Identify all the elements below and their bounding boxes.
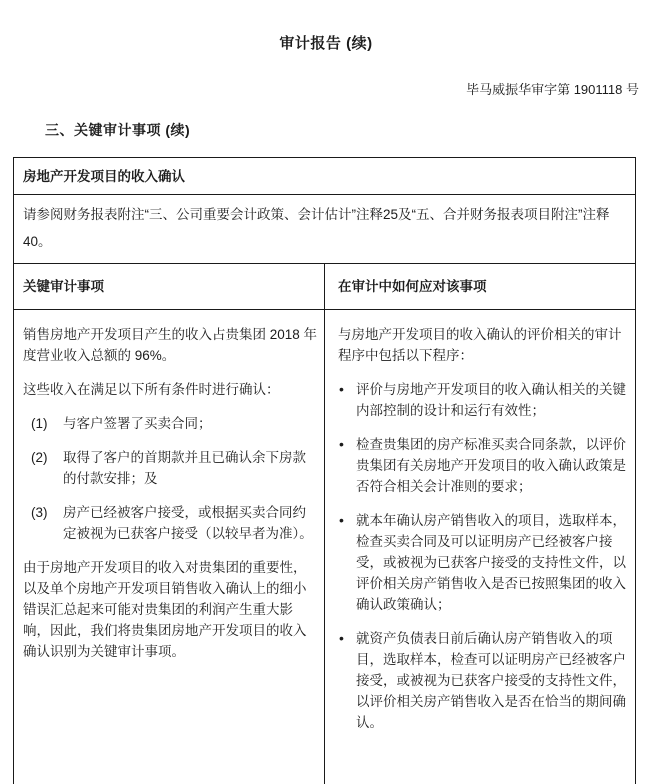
condition-number: (1) [31, 413, 48, 434]
page-title: 审计报告 (续) [0, 0, 652, 53]
column-header-audit-response: 在审计中如何应对该事项 [325, 264, 636, 310]
table-row-column-headers: 关键审计事项 在审计中如何应对该事项 [14, 264, 636, 310]
paragraph-conclusion: 由于房地产开发项目的收入对贵集团的重要性，以及单个房地产开发项目销售收入确认上的… [23, 557, 318, 662]
condition-item: (3) 房产已经被客户接受，或根据买卖合同约定被视为已获客户接受（以较早者为准）… [31, 502, 318, 544]
condition-item: (2) 取得了客户的首期款并且已确认余下房款的付款安排；及 [31, 447, 318, 489]
matter-title: 房地产开发项目的收入确认 [14, 158, 636, 195]
key-audit-matter-cell: 销售房地产开发项目产生的收入占贵集团 2018 年度营业收入总额的 96%。 这… [14, 310, 325, 784]
bullet-icon: • [339, 434, 344, 455]
column-header-key-audit-matter: 关键审计事项 [14, 264, 325, 310]
condition-text: 房产已经被客户接受，或根据买卖合同约定被视为已获客户接受（以较早者为准）。 [63, 505, 313, 541]
audit-response-cell: 与房地产开发项目的收入确认的评价相关的审计程序中包括以下程序： • 评价与房地产… [325, 310, 636, 784]
procedure-text: 就本年确认房产销售收入的项目，选取样本，检查买卖合同及可以证明房产已经被客户接受… [356, 513, 626, 612]
procedure-item: • 检查贵集团的房产标准买卖合同条款，以评价贵集团有关房地产开发项目的收入确认政… [338, 434, 627, 497]
audit-report-page: { "page": { "title": "审计报告 (续)", "refere… [0, 0, 652, 784]
paragraph-revenue-share: 销售房地产开发项目产生的收入占贵集团 2018 年度营业收入总额的 96%。 [23, 324, 318, 366]
reference-note: 请参阅财务报表附注“三、公司重要会计政策、会计估计”注释25及“五、合并财务报表… [14, 195, 636, 264]
table-row-matter-title: 房地产开发项目的收入确认 [14, 158, 636, 195]
procedure-text: 评价与房地产开发项目的收入确认相关的关键内部控制的设计和运行有效性； [356, 382, 626, 418]
condition-number: (2) [31, 447, 48, 468]
condition-text: 与客户签署了买卖合同； [63, 416, 212, 431]
audit-response-intro: 与房地产开发项目的收入确认的评价相关的审计程序中包括以下程序： [338, 324, 627, 366]
procedure-text: 检查贵集团的房产标准买卖合同条款，以评价贵集团有关房地产开发项目的收入确认政策是… [356, 437, 626, 494]
paragraph-conditions-intro: 这些收入在满足以下所有条件时进行确认： [23, 379, 318, 400]
procedure-text: 就资产负债表日前后确认房产销售收入的项目，选取样本，检查可以证明房产已经被客户接… [356, 631, 626, 730]
condition-text: 取得了客户的首期款并且已确认余下房款的付款安排；及 [63, 450, 306, 486]
condition-number: (3) [31, 502, 48, 523]
procedure-item: • 就本年确认房产销售收入的项目，选取样本，检查买卖合同及可以证明房产已经被客户… [338, 510, 627, 615]
procedure-item: • 就资产负债表日前后确认房产销售收入的项目，选取样本，检查可以证明房产已经被客… [338, 628, 627, 733]
table-row-body: 销售房地产开发项目产生的收入占贵集团 2018 年度营业收入总额的 96%。 这… [14, 310, 636, 784]
reference-number: 毕马威振华审字第 1901118 号 [0, 79, 639, 98]
condition-item: (1) 与客户签署了买卖合同； [31, 413, 318, 434]
bullet-icon: • [339, 510, 344, 531]
procedure-item: • 评价与房地产开发项目的收入确认相关的关键内部控制的设计和运行有效性； [338, 379, 627, 421]
bullet-icon: • [339, 379, 344, 400]
section-heading: 三、关键审计事项 (续) [45, 120, 652, 140]
bullet-icon: • [339, 628, 344, 649]
table-row-reference-note: 请参阅财务报表附注“三、公司重要会计政策、会计估计”注释25及“五、合并财务报表… [14, 195, 636, 264]
key-audit-matters-table: 房地产开发项目的收入确认 请参阅财务报表附注“三、公司重要会计政策、会计估计”注… [13, 157, 636, 784]
